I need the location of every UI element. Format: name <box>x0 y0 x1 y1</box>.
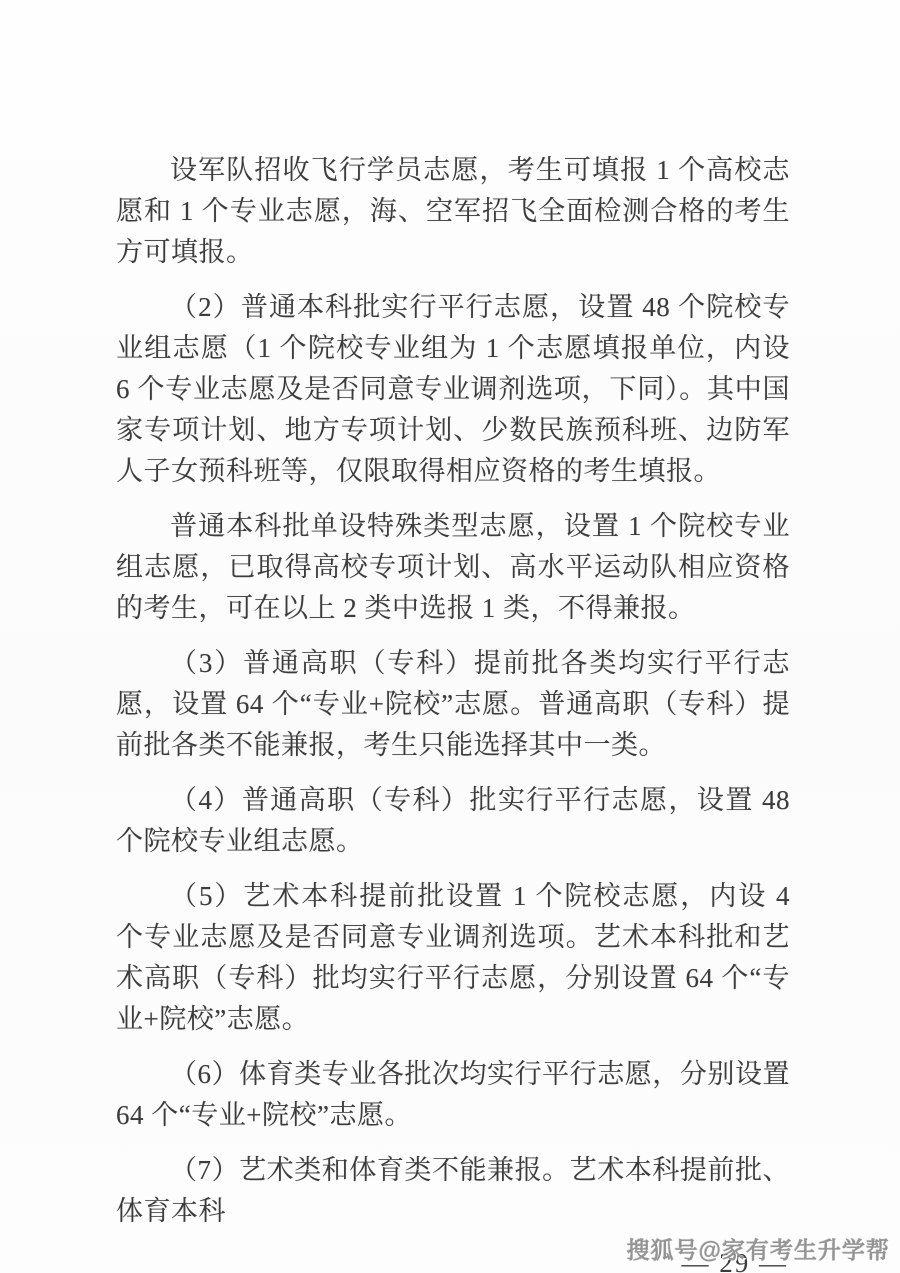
sohu-watermark: 搜狐号@家有考生升学帮 <box>627 1232 890 1265</box>
paragraph-5-art-undergrad-batch: （5）艺术本科提前批设置 1 个院校志愿，内设 4 个专业志愿及是否同意专业调剂… <box>116 876 790 1040</box>
paragraph-4-vocational-batch: （4）普通高职（专科）批实行平行志愿，设置 48 个院校专业组志愿。 <box>116 780 790 862</box>
document-page: 设军队招收飞行学员志愿，考生可填报 1 个高校志愿和 1 个专业志愿，海、空军招… <box>0 0 900 1273</box>
paragraph-7-art-sports-exclusive: （7）艺术类和体育类不能兼报。艺术本科提前批、体育本科 <box>116 1150 790 1232</box>
paragraph-6-sports-batch: （6）体育类专业各批次均实行平行志愿，分别设置 64 个“专业+院校”志愿。 <box>116 1054 790 1136</box>
paragraph-2-regular-undergrad-batch: （2）普通本科批实行平行志愿，设置 48 个院校专业组志愿（1 个院校专业组为 … <box>116 287 790 492</box>
paragraph-military-pilot: 设军队招收飞行学员志愿，考生可填报 1 个高校志愿和 1 个专业志愿，海、空军招… <box>116 150 790 273</box>
paragraph-special-type-volunteer: 普通本科批单设特殊类型志愿，设置 1 个院校专业组志愿，已取得高校专项计划、高水… <box>116 506 790 629</box>
document-body: 设军队招收飞行学员志愿，考生可填报 1 个高校志愿和 1 个专业志愿，海、空军招… <box>0 0 900 1273</box>
paragraph-3-vocational-advance-batch: （3）普通高职（专科）提前批各类均实行平行志愿，设置 64 个“专业+院校”志愿… <box>116 643 790 766</box>
